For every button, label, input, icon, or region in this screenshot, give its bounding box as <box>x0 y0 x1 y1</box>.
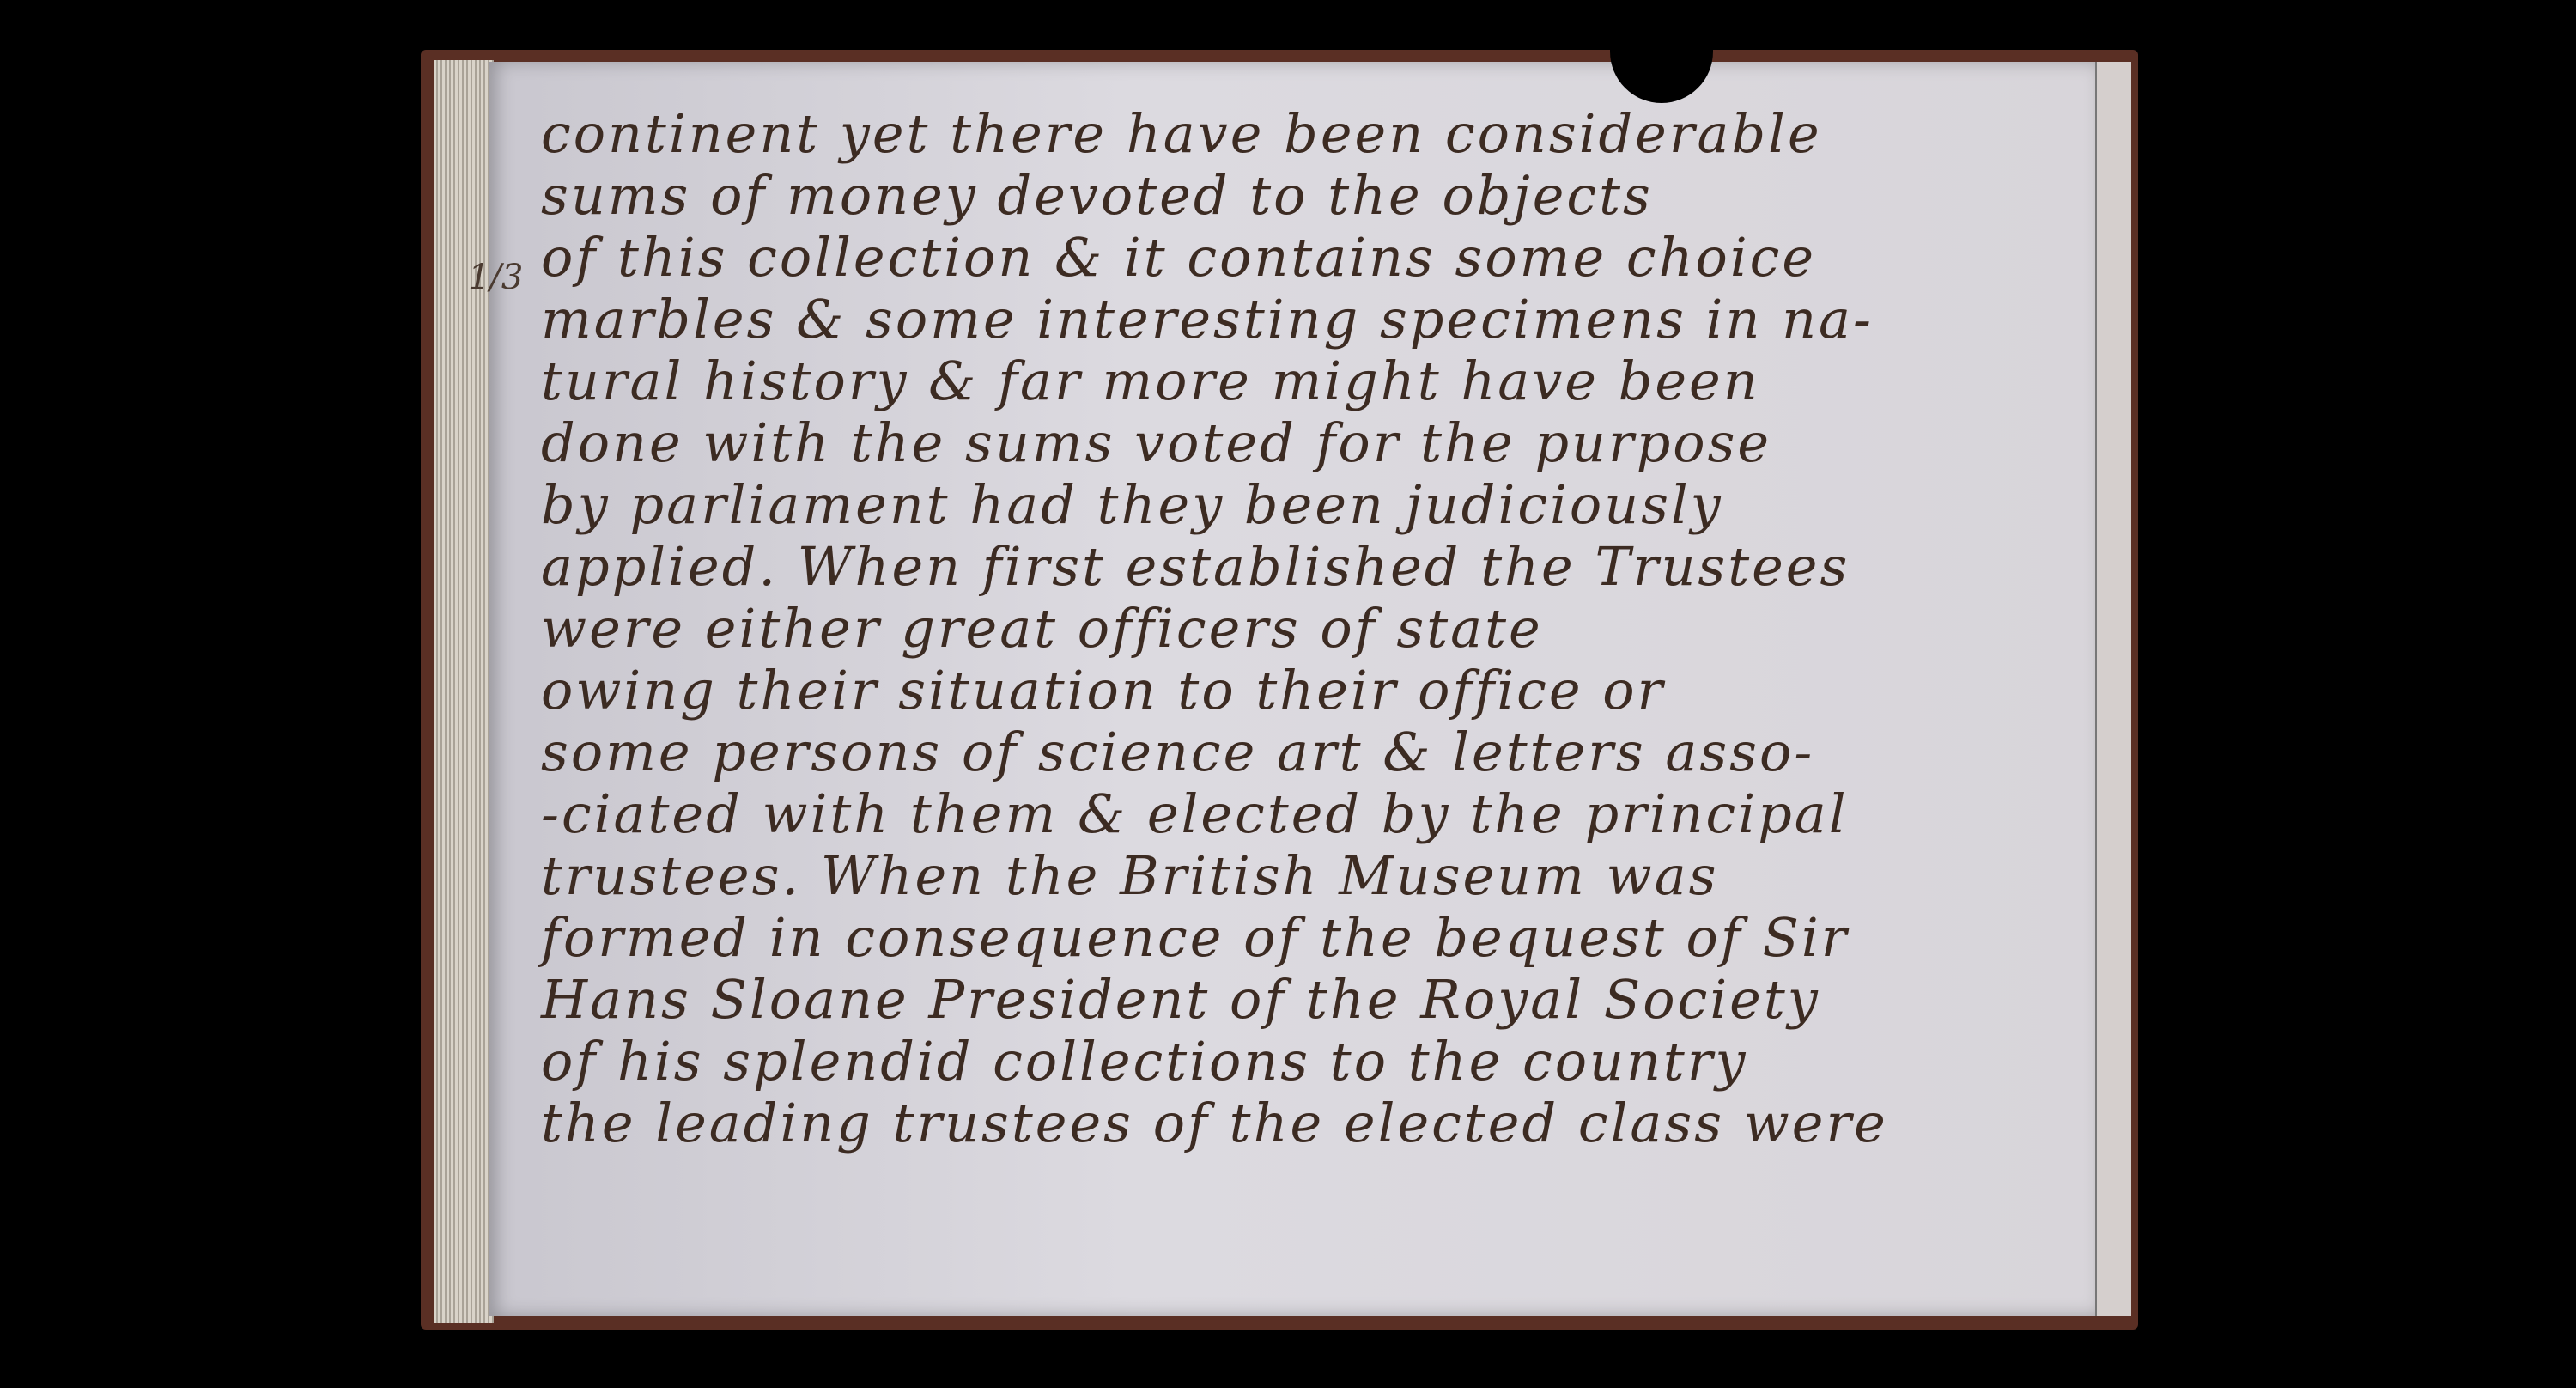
text-line: by parliament had they been judiciously <box>541 474 2052 536</box>
text-line: tural history & far more might have been <box>541 350 2052 412</box>
text-line: applied. When first established the Trus… <box>541 536 2052 598</box>
text-line: marbles & some interesting specimens in … <box>541 289 2052 350</box>
facing-page-edge <box>2095 62 2131 1316</box>
text-line: formed in consequence of the bequest of … <box>541 907 2052 969</box>
margin-note: 1/3 <box>468 258 523 297</box>
text-line: of his splendid collections to the count… <box>541 1031 2052 1093</box>
text-line: some persons of science art & letters as… <box>541 721 2052 783</box>
page-edges <box>434 60 494 1323</box>
text-line: trustees. When the British Museum was <box>541 845 2052 907</box>
text-line: were either great officers of state <box>541 598 2052 660</box>
text-line: of this collection & it contains some ch… <box>541 227 2052 289</box>
text-line: -ciated with them & elected by the princ… <box>541 783 2052 845</box>
text-line: owing their situation to their office or <box>541 660 2052 721</box>
text-line: Hans Sloane President of the Royal Socie… <box>541 969 2052 1031</box>
text-line: done with the sums voted for the purpose <box>541 412 2052 474</box>
text-line: sums of money devoted to the objects <box>541 165 2052 227</box>
text-line: the leading trustees of the elected clas… <box>541 1093 2052 1154</box>
text-line: continent yet there have been considerab… <box>541 103 2052 165</box>
handwritten-text: continent yet there have been considerab… <box>541 103 2052 1154</box>
